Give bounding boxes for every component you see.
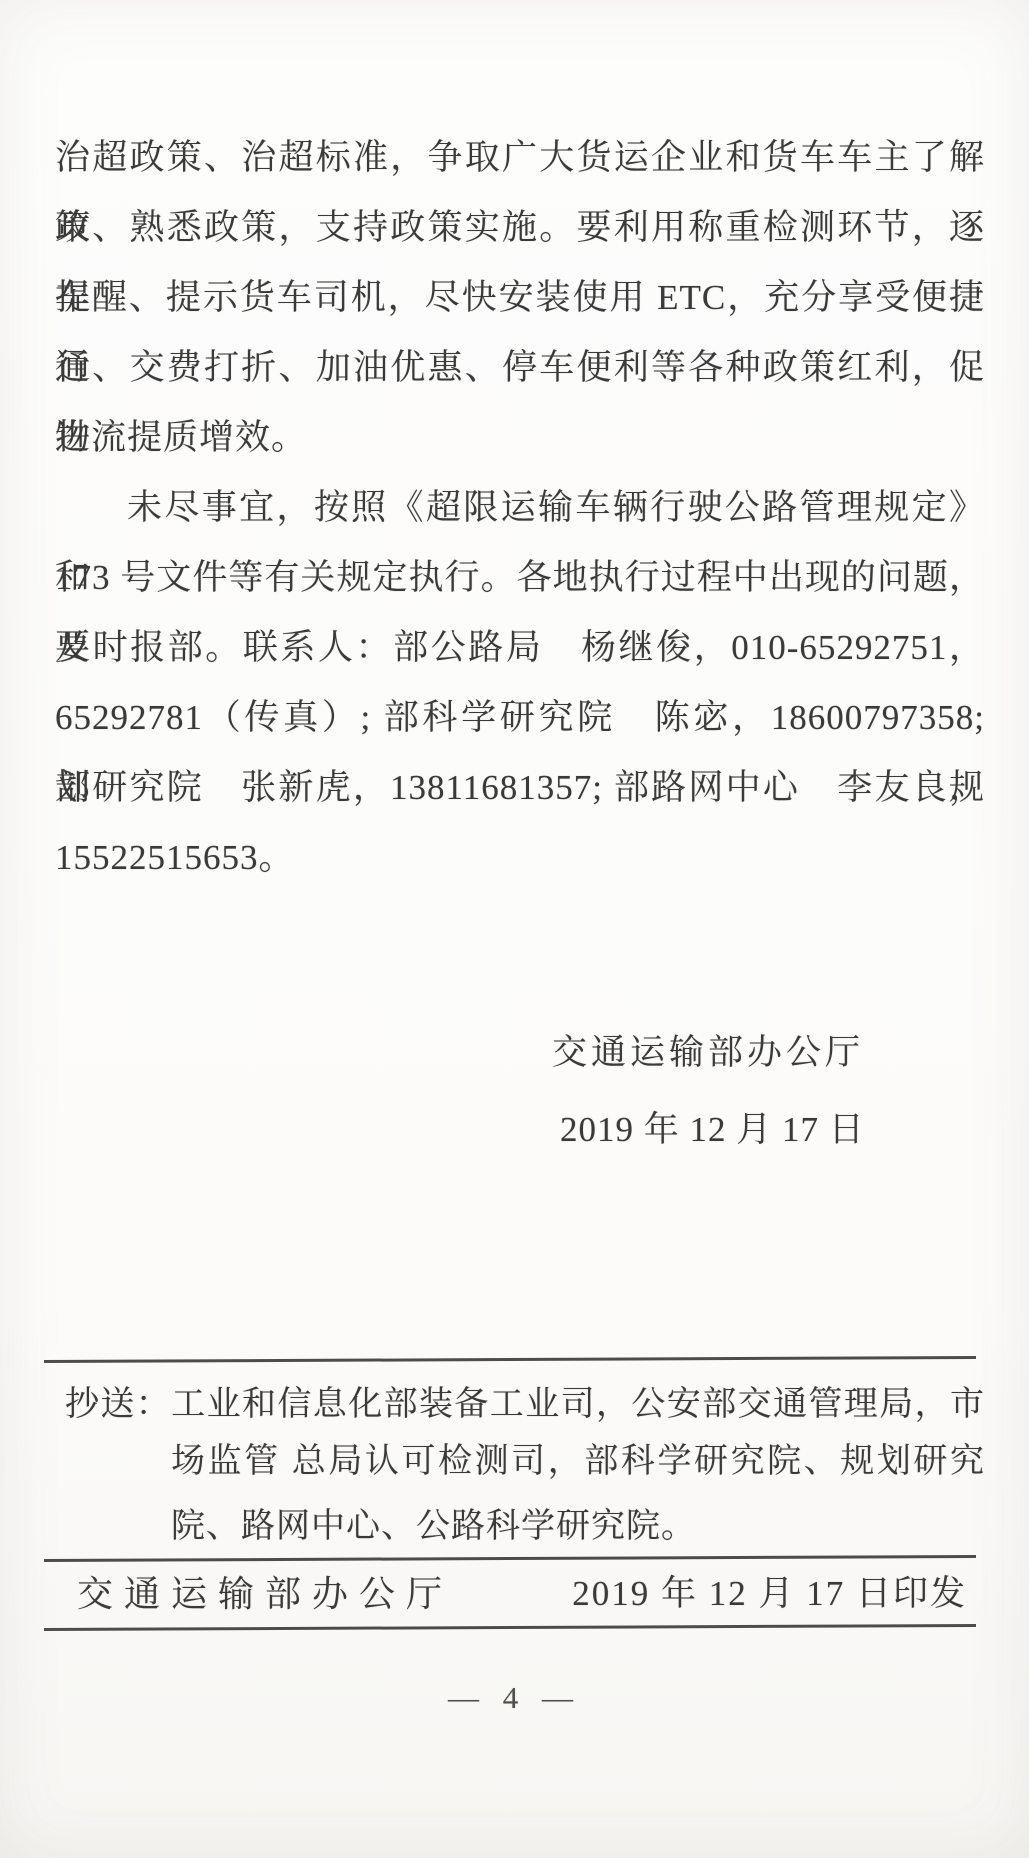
body-line: 行、交费打折、加油优惠、停车便利等各种政策红利，促进 — [55, 333, 985, 403]
body-line: 划研究院 张新虎，13811681357; 部路网中心 李友良， — [55, 753, 985, 823]
body-line: 及时报部。联系人：部公路局 杨继俊，010-65292751， — [55, 613, 985, 683]
body-line: 65292781（传真）; 部科学研究院 陈宓，18600797358; 部规 — [55, 683, 985, 753]
footer-print-date: 2019 年 12 月 17 日印发 — [572, 1566, 967, 1622]
divider-rule — [44, 1356, 976, 1363]
footer-issuing-org: 交通运输部办公厅 — [77, 1566, 453, 1622]
body-line: 173 号文件等有关规定执行。各地执行过程中出现的问题，要 — [55, 543, 985, 613]
body-line: 策、熟悉政策，支持政策实施。要利用称重检测环节，逐车 — [55, 193, 985, 263]
signature-date: 2019 年 12 月 17 日 — [560, 1103, 865, 1157]
cc-line: 院、路网中心、公路科学研究院。 — [171, 1498, 696, 1556]
divider-rule — [44, 1555, 976, 1562]
cc-line: 抄送：工业和信息化部装备工业司，公安部交通管理局，市 — [65, 1376, 985, 1434]
scanned-document-page: 治超政策、治超标准，争取广大货运企业和货车车主了解政 策、熟悉政策，支持政策实施… — [0, 0, 1029, 1858]
divider-rule — [44, 1624, 976, 1631]
page-number: — 4 — — [0, 1671, 1029, 1725]
body-line: 物流提质增效。 — [55, 403, 985, 473]
document-body: 治超政策、治超标准，争取广大货运企业和货车车主了解政 策、熟悉政策，支持政策实施… — [55, 123, 985, 893]
signature-org: 交通运输部办公厅 — [552, 1026, 864, 1080]
cc-line: 场监管 总局认可检测司，部科学研究院、规划研究 — [171, 1433, 985, 1491]
body-line: 15522515653。 — [55, 823, 985, 893]
body-line: 治超政策、治超标准，争取广大货运企业和货车车主了解政 — [55, 123, 985, 193]
body-line: 提醒、提示货车司机，尽快安装使用 ETC，充分享受便捷通 — [55, 263, 985, 333]
body-line: 未尽事宜，按照《超限运输车辆行驶公路管理规定》和 — [55, 473, 985, 543]
